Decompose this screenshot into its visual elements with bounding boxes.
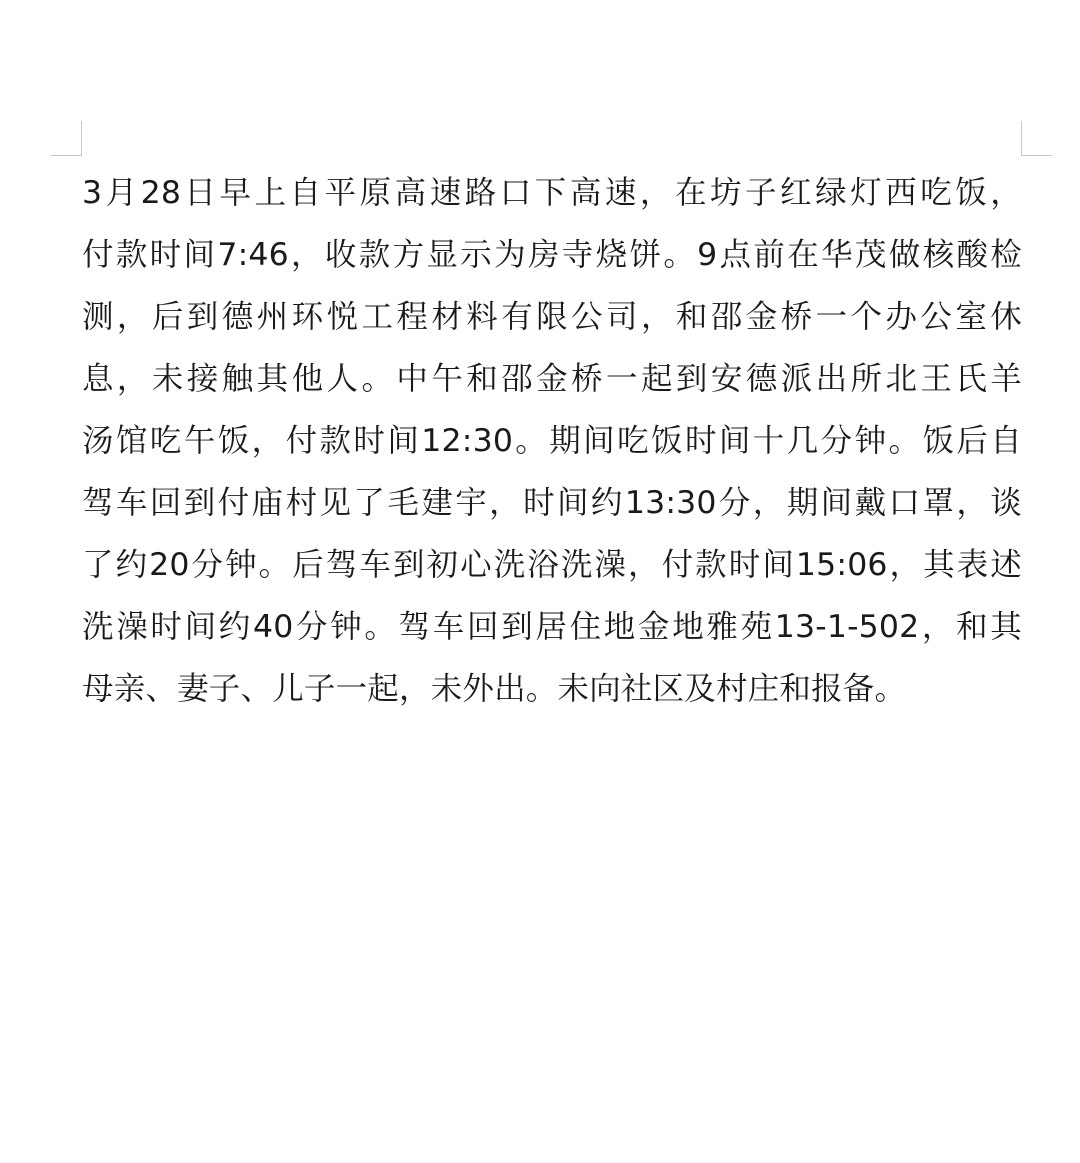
paragraph-line: 汤馆吃午饭，付款时间12:30。期间吃饭时间十几分钟。饭后自 — [82, 410, 1022, 472]
paragraph-line: 息，未接触其他人。中午和邵金桥一起到安德派出所北王氏羊 — [82, 348, 1022, 410]
top-right-margin-mark — [1021, 121, 1052, 156]
paragraph-line: 测，后到德州环悦工程材料有限公司，和邵金桥一个办公室休 — [82, 286, 1022, 348]
paragraph-line: 母亲、妻子、儿子一起，未外出。未向社区及村庄和报备。 — [82, 658, 1022, 720]
paragraph-line: 驾车回到付庙村见了毛建宇，时间约13:30分，期间戴口罩，谈 — [82, 472, 1022, 534]
document-page: 3月28日早上自平原高速路口下高速，在坊子红绿灯西吃饭， 付款时间7:46，收款… — [0, 0, 1080, 1163]
document-paragraph: 3月28日早上自平原高速路口下高速，在坊子红绿灯西吃饭， 付款时间7:46，收款… — [82, 162, 1022, 720]
paragraph-line: 洗澡时间约40分钟。驾车回到居住地金地雅苑13-1-502，和其 — [82, 596, 1022, 658]
paragraph-line: 3月28日早上自平原高速路口下高速，在坊子红绿灯西吃饭， — [82, 162, 1022, 224]
paragraph-line: 了约20分钟。后驾车到初心洗浴洗澡，付款时间15:06，其表述 — [82, 534, 1022, 596]
paragraph-line: 付款时间7:46，收款方显示为房寺烧饼。9点前在华茂做核酸检 — [82, 224, 1022, 286]
top-left-margin-mark — [51, 121, 82, 156]
